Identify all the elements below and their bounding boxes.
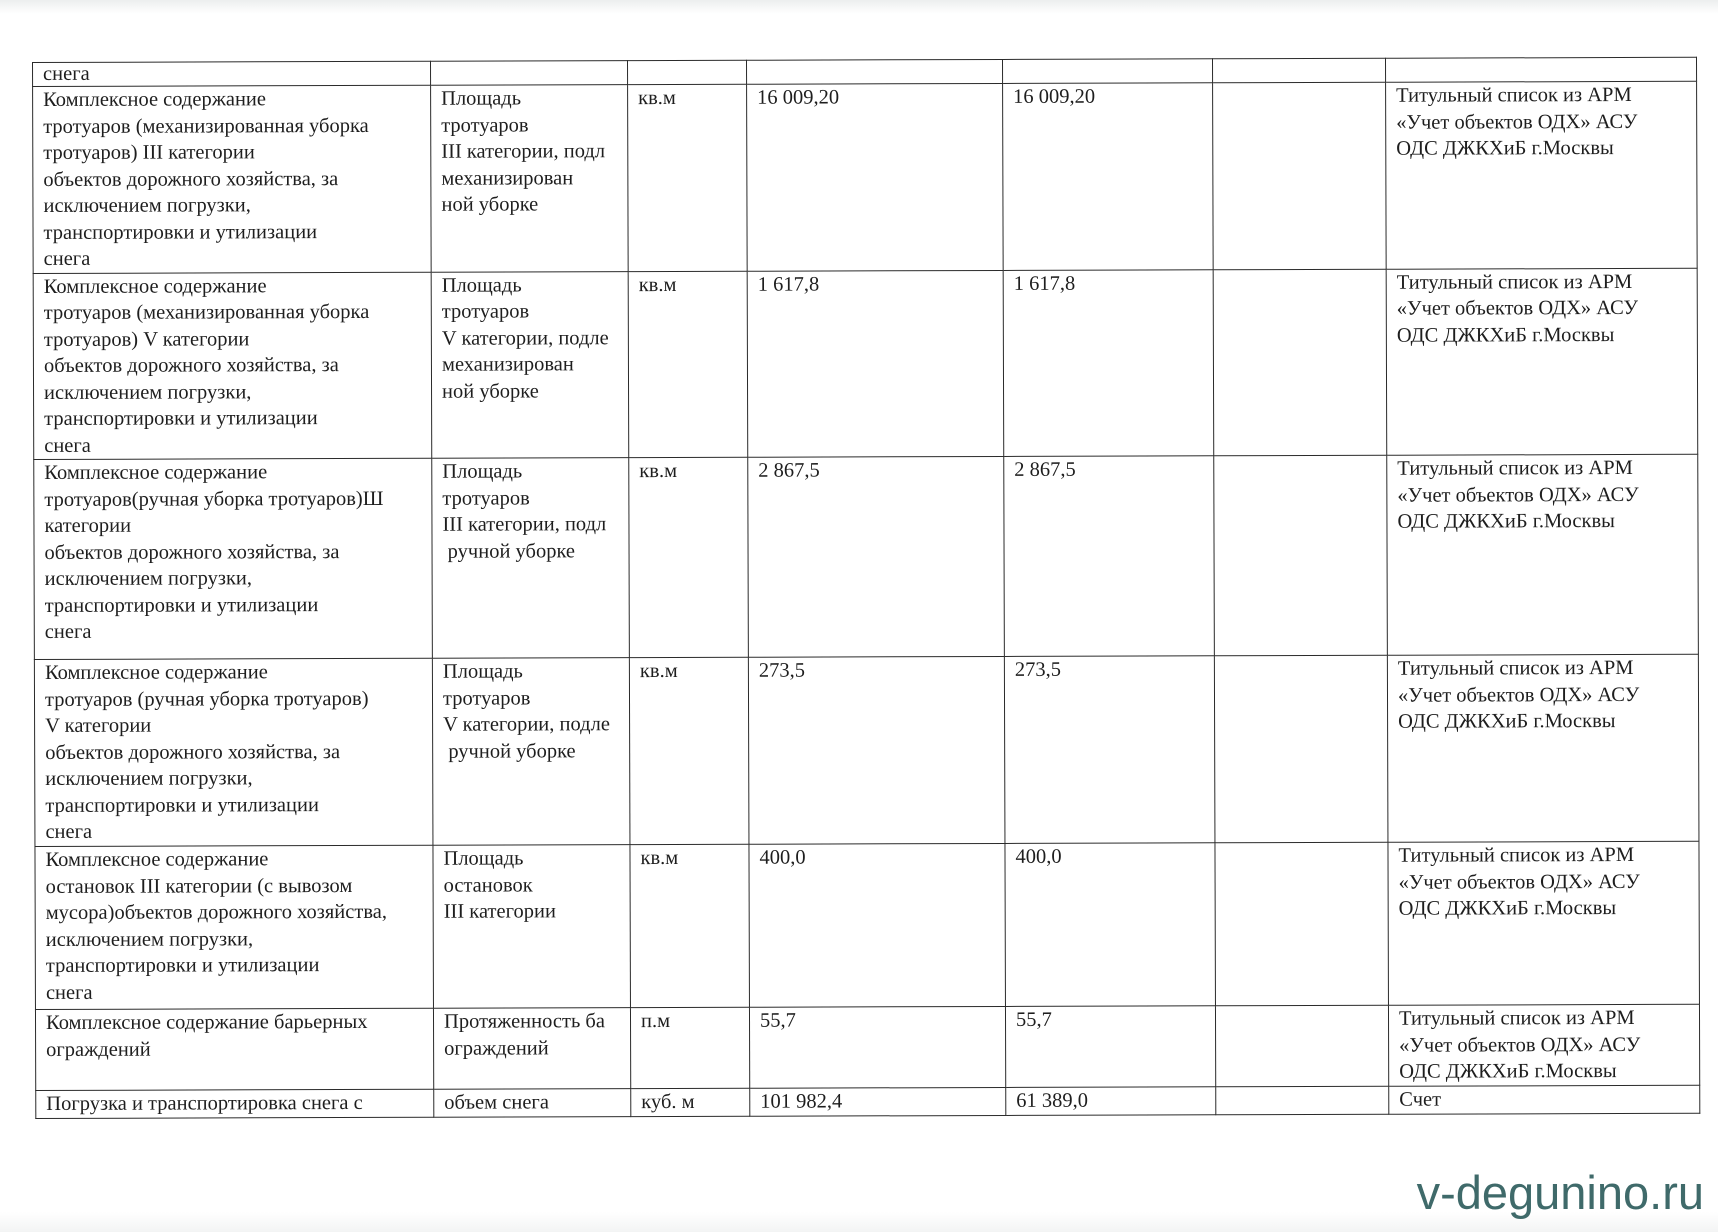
works-volume-table: снегаКомплексное содержание тротуаров (м… bbox=[32, 57, 1700, 1119]
cell-value-3 bbox=[1215, 842, 1389, 1006]
cell-description: снега bbox=[33, 61, 431, 86]
cell-description: Комплексное содержание тротуаров(ручная … bbox=[34, 458, 433, 659]
cell-measure bbox=[430, 61, 627, 86]
cell-value-1: 273,5 bbox=[748, 656, 1005, 844]
cell-value-2: 273,5 bbox=[1004, 656, 1215, 844]
cell-unit: п.м bbox=[630, 1007, 749, 1088]
cell-description: Комплексное содержание тротуаров (механи… bbox=[33, 85, 432, 273]
cell-value-2: 2 867,5 bbox=[1004, 456, 1215, 657]
cell-value-3 bbox=[1213, 269, 1387, 456]
cell-unit: кв.м bbox=[628, 84, 748, 271]
cell-unit: кв.м bbox=[629, 457, 749, 657]
cell-measure: Протяженность ба ограждений bbox=[433, 1008, 630, 1089]
cell-source: Титульный список из АРМ «Учет объектов О… bbox=[1387, 454, 1699, 655]
cell-value-3 bbox=[1214, 655, 1388, 843]
table-body: снегаКомплексное содержание тротуаров (м… bbox=[33, 57, 1700, 1118]
cell-measure: Площадь тротуаров III категории, подл ру… bbox=[432, 458, 630, 659]
cell-value-3 bbox=[1213, 82, 1387, 269]
cell-value-1: 400,0 bbox=[749, 843, 1006, 1007]
cell-measure: Площадь тротуаров III категории, подл ме… bbox=[431, 85, 629, 272]
cell-value-2: 1 617,8 bbox=[1003, 269, 1214, 456]
table-row: Погрузка и транспортировка снега собъем … bbox=[36, 1085, 1700, 1118]
cell-value-2: 16 009,20 bbox=[1003, 83, 1214, 270]
cell-source: Счет bbox=[1389, 1085, 1700, 1114]
cell-description: Комплексное содержание остановок III кат… bbox=[35, 845, 434, 1009]
cell-description: Комплексное содержание тротуаров (ручная… bbox=[34, 658, 433, 846]
cell-value-1: 1 617,8 bbox=[747, 270, 1004, 457]
cell-description: Погрузка и транспортировка снега с bbox=[36, 1089, 434, 1118]
cell-unit: куб. м bbox=[631, 1088, 750, 1116]
table-row: Комплексное содержание тротуаров (механи… bbox=[33, 81, 1698, 273]
cell-value-2 bbox=[1002, 59, 1212, 84]
site-watermark: v-degunino.ru bbox=[1417, 1165, 1704, 1220]
cell-source: Титульный список из АРМ «Учет объектов О… bbox=[1386, 81, 1698, 268]
cell-value-2: 400,0 bbox=[1005, 843, 1216, 1007]
cell-source: Титульный список из АРМ «Учет объектов О… bbox=[1388, 1004, 1699, 1085]
cell-value-2: 61 389,0 bbox=[1006, 1086, 1216, 1115]
table-row: Комплексное содержание остановок III кат… bbox=[35, 841, 1700, 1009]
cell-unit: кв.м bbox=[630, 844, 750, 1007]
cell-unit: кв.м bbox=[629, 657, 749, 844]
cell-unit: кв.м bbox=[628, 271, 748, 458]
cell-value-1: 55,7 bbox=[749, 1006, 1005, 1087]
cell-value-1: 2 867,5 bbox=[748, 456, 1005, 657]
cell-value-3 bbox=[1216, 1086, 1389, 1115]
scan-edge-top bbox=[0, 0, 1718, 14]
cell-unit bbox=[627, 60, 746, 84]
cell-measure: Площадь остановок III категории bbox=[433, 845, 631, 1009]
cell-source: Титульный список из АРМ «Учет объектов О… bbox=[1387, 654, 1699, 842]
cell-value-1: 16 009,20 bbox=[747, 83, 1004, 270]
cell-source: Титульный список из АРМ «Учет объектов О… bbox=[1388, 841, 1700, 1005]
cell-value-1 bbox=[746, 59, 1002, 84]
cell-value-3 bbox=[1214, 455, 1388, 656]
cell-value-2: 55,7 bbox=[1005, 1006, 1215, 1087]
cell-description: Комплексное содержание барьерных огражде… bbox=[35, 1008, 433, 1090]
cell-description: Комплексное содержание тротуаров (механи… bbox=[33, 272, 432, 460]
table-row: Комплексное содержание тротуаров (ручная… bbox=[34, 654, 1699, 846]
cell-value-1: 101 982,4 bbox=[750, 1087, 1006, 1116]
cell-value-3 bbox=[1215, 1005, 1388, 1086]
table-row: Комплексное содержание тротуаров (механи… bbox=[33, 268, 1698, 460]
table-row: Комплексное содержание барьерных огражде… bbox=[35, 1004, 1699, 1090]
cell-source: Титульный список из АРМ «Учет объектов О… bbox=[1386, 268, 1698, 455]
cell-source bbox=[1385, 57, 1696, 82]
cell-value-3 bbox=[1212, 58, 1385, 83]
cell-measure: Площадь тротуаров V категории, подле мех… bbox=[431, 271, 629, 458]
cell-measure: Площадь тротуаров V категории, подле руч… bbox=[432, 658, 630, 846]
table-row: Комплексное содержание тротуаров(ручная … bbox=[34, 454, 1699, 659]
cell-measure: объем снега bbox=[434, 1088, 631, 1117]
